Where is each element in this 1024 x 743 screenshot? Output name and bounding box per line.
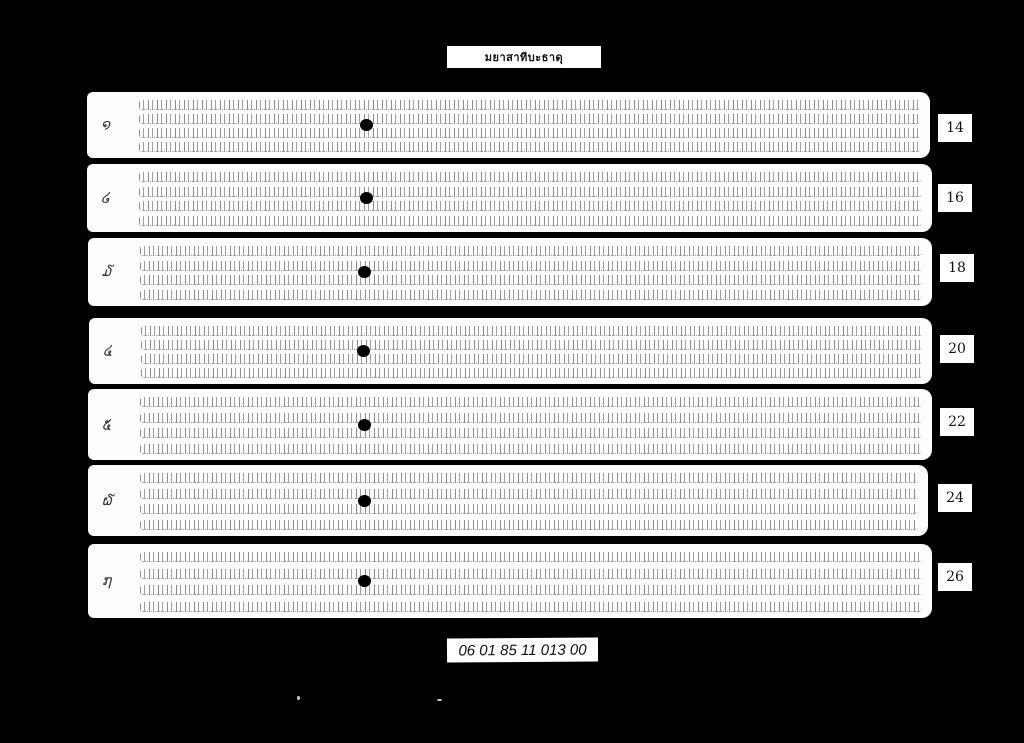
page-number-label: 14: [938, 114, 972, 142]
leaf-text-lines: [140, 244, 922, 300]
manuscript-title-label: มยาสาทีบะธาดุ: [447, 46, 601, 68]
spindle-hole-icon: [358, 419, 371, 431]
text-line: [140, 504, 918, 514]
text-line: [141, 326, 922, 336]
leaf-number: ໔: [103, 343, 112, 359]
palm-leaf-7: ໗: [88, 544, 932, 618]
text-line: [140, 413, 922, 423]
spindle-hole-icon: [358, 495, 371, 507]
text-line: [140, 428, 922, 438]
leaf-number: ໒: [101, 190, 110, 206]
leaf-number: ໑: [101, 117, 110, 133]
spindle-hole-icon: [360, 119, 373, 131]
spindle-hole-icon: [358, 266, 371, 278]
text-line: [140, 489, 918, 499]
dust-speck: [437, 699, 442, 701]
leaf-text-lines: [140, 471, 918, 530]
page-number-label: 20: [940, 335, 974, 363]
text-line: [139, 172, 922, 182]
text-line: [140, 397, 922, 407]
palm-leaf-4: ໔: [89, 318, 932, 384]
page-number-label: 26: [938, 563, 972, 591]
palm-leaf-1: ໑: [87, 92, 930, 158]
text-line: [140, 602, 922, 612]
palm-leaf-5: ໕: [88, 389, 932, 460]
spindle-hole-icon: [357, 345, 370, 357]
text-line: [140, 261, 922, 271]
dust-speck: [297, 696, 300, 700]
page-number-label: 24: [938, 484, 972, 512]
leaf-text-lines: [140, 395, 922, 454]
text-line: [139, 128, 920, 138]
leaf-text-lines: [139, 98, 920, 152]
text-line: [140, 473, 918, 483]
leaf-text-lines: [139, 170, 922, 226]
text-line: [140, 246, 922, 256]
leaf-number: ໖: [102, 493, 112, 509]
spindle-hole-icon: [358, 575, 371, 587]
palm-leaf-2: ໒: [87, 164, 932, 232]
page-number-label: 22: [940, 408, 974, 436]
text-line: [139, 201, 922, 211]
text-line: [139, 187, 922, 197]
text-line: [140, 275, 922, 285]
text-line: [141, 340, 922, 350]
text-line: [140, 585, 922, 595]
text-line: [140, 569, 922, 579]
text-line: [140, 552, 922, 562]
text-line: [139, 100, 920, 110]
text-line: [139, 142, 920, 152]
text-line: [139, 216, 922, 226]
page-number-label: 18: [940, 254, 974, 282]
text-line: [139, 114, 920, 124]
leaf-text-lines: [140, 550, 922, 612]
text-line: [140, 520, 918, 530]
page-number-label: 16: [938, 184, 972, 212]
leaf-text-lines: [141, 324, 922, 378]
palm-leaf-6: ໖: [88, 465, 928, 536]
text-line: [141, 354, 922, 364]
spindle-hole-icon: [360, 192, 373, 204]
leaf-number: ໓: [102, 264, 111, 280]
archive-id-label: 06 01 85 11 013 00: [447, 637, 598, 662]
text-line: [140, 444, 922, 454]
text-line: [140, 290, 922, 300]
palm-leaf-3: ໓: [88, 238, 932, 306]
text-line: [141, 368, 922, 378]
leaf-number: ໗: [102, 573, 111, 589]
leaf-number: ໕: [102, 417, 111, 433]
